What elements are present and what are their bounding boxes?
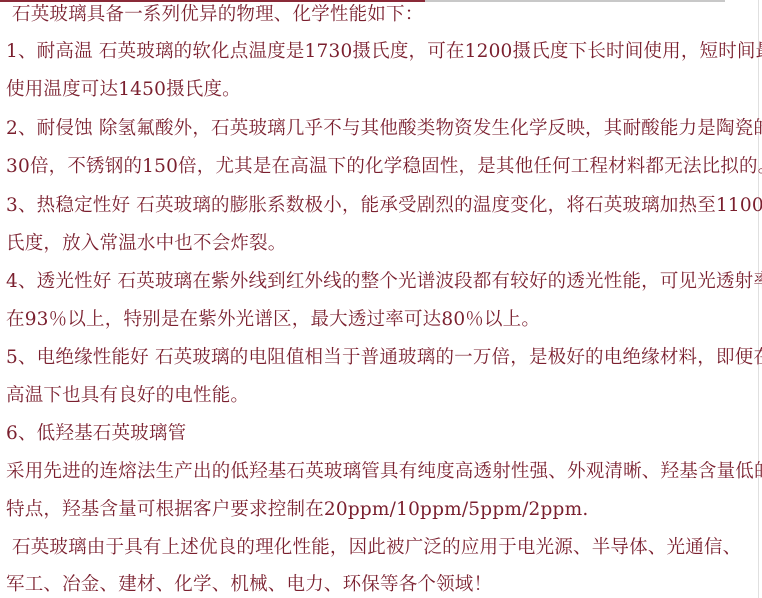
item-1-line-1: 1、耐高温 石英玻璃的软化点温度是1730摄氏度，可在1200摄氏度下长时间使用… [6, 41, 762, 63]
top-divider-red [0, 0, 425, 2]
top-divider-gray [425, 0, 725, 2]
document-page: 石英玻璃具备一系列优异的物理、化学性能如下： 1、耐高温 石英玻璃的软化点温度是… [0, 0, 762, 598]
item-4-line-1: 4、透光性好 石英玻璃在紫外线到红外线的整个光谱波段都有较好的透光性能，可见光透… [6, 271, 762, 293]
conclusion-line-2: 军工、冶金、建材、化学、机械、电力、环保等各个领域！ [6, 574, 492, 596]
item-3-line-2: 氏度，放入常温水中也不会炸裂。 [6, 233, 287, 255]
item-6-heading: 6、低羟基石英玻璃管 [6, 423, 186, 445]
item-6-line-1: 采用先进的连熔法生产出的低羟基石英玻璃管具有纯度高透射性强、外观清晰、羟基含量低… [6, 461, 762, 483]
item-3-line-1: 3、热稳定性好 石英玻璃的膨胀系数极小，能承受剧烈的温度变化，将石英玻璃加热至1… [6, 195, 762, 217]
item-5-line-2: 高温下也具有良好的电性能。 [6, 385, 249, 407]
right-border [758, 0, 759, 598]
intro-heading: 石英玻璃具备一系列优异的物理、化学性能如下： [12, 4, 423, 26]
item-6-line-2: 特点，羟基含量可根据客户要求控制在20ppm/10ppm/5ppm/2ppm. [6, 499, 588, 521]
item-2-line-2: 30倍，不锈钢的150倍，尤其是在高温下的化学稳固性，是其他任何工程材料都无法比… [6, 156, 762, 178]
item-2-line-1: 2、耐侵蚀 除氢氟酸外，石英玻璃几乎不与其他酸类物资发生化学反映，其耐酸能力是陶… [6, 118, 762, 140]
conclusion-line-1: 石英玻璃由于具有上述优良的理化性能，因此被广泛的应用于电光源、半导体、光通信、 [12, 537, 741, 559]
item-1-line-2: 使用温度可达1450摄氏度。 [6, 79, 241, 101]
item-5-line-1: 5、电绝缘性能好 石英玻璃的电阻值相当于普通玻璃的一万倍，是极好的电绝缘材料，即… [6, 347, 762, 369]
item-4-line-2: 在93％以上，特别是在紫外光谱区，最大透过率可达80％以上。 [6, 309, 540, 331]
